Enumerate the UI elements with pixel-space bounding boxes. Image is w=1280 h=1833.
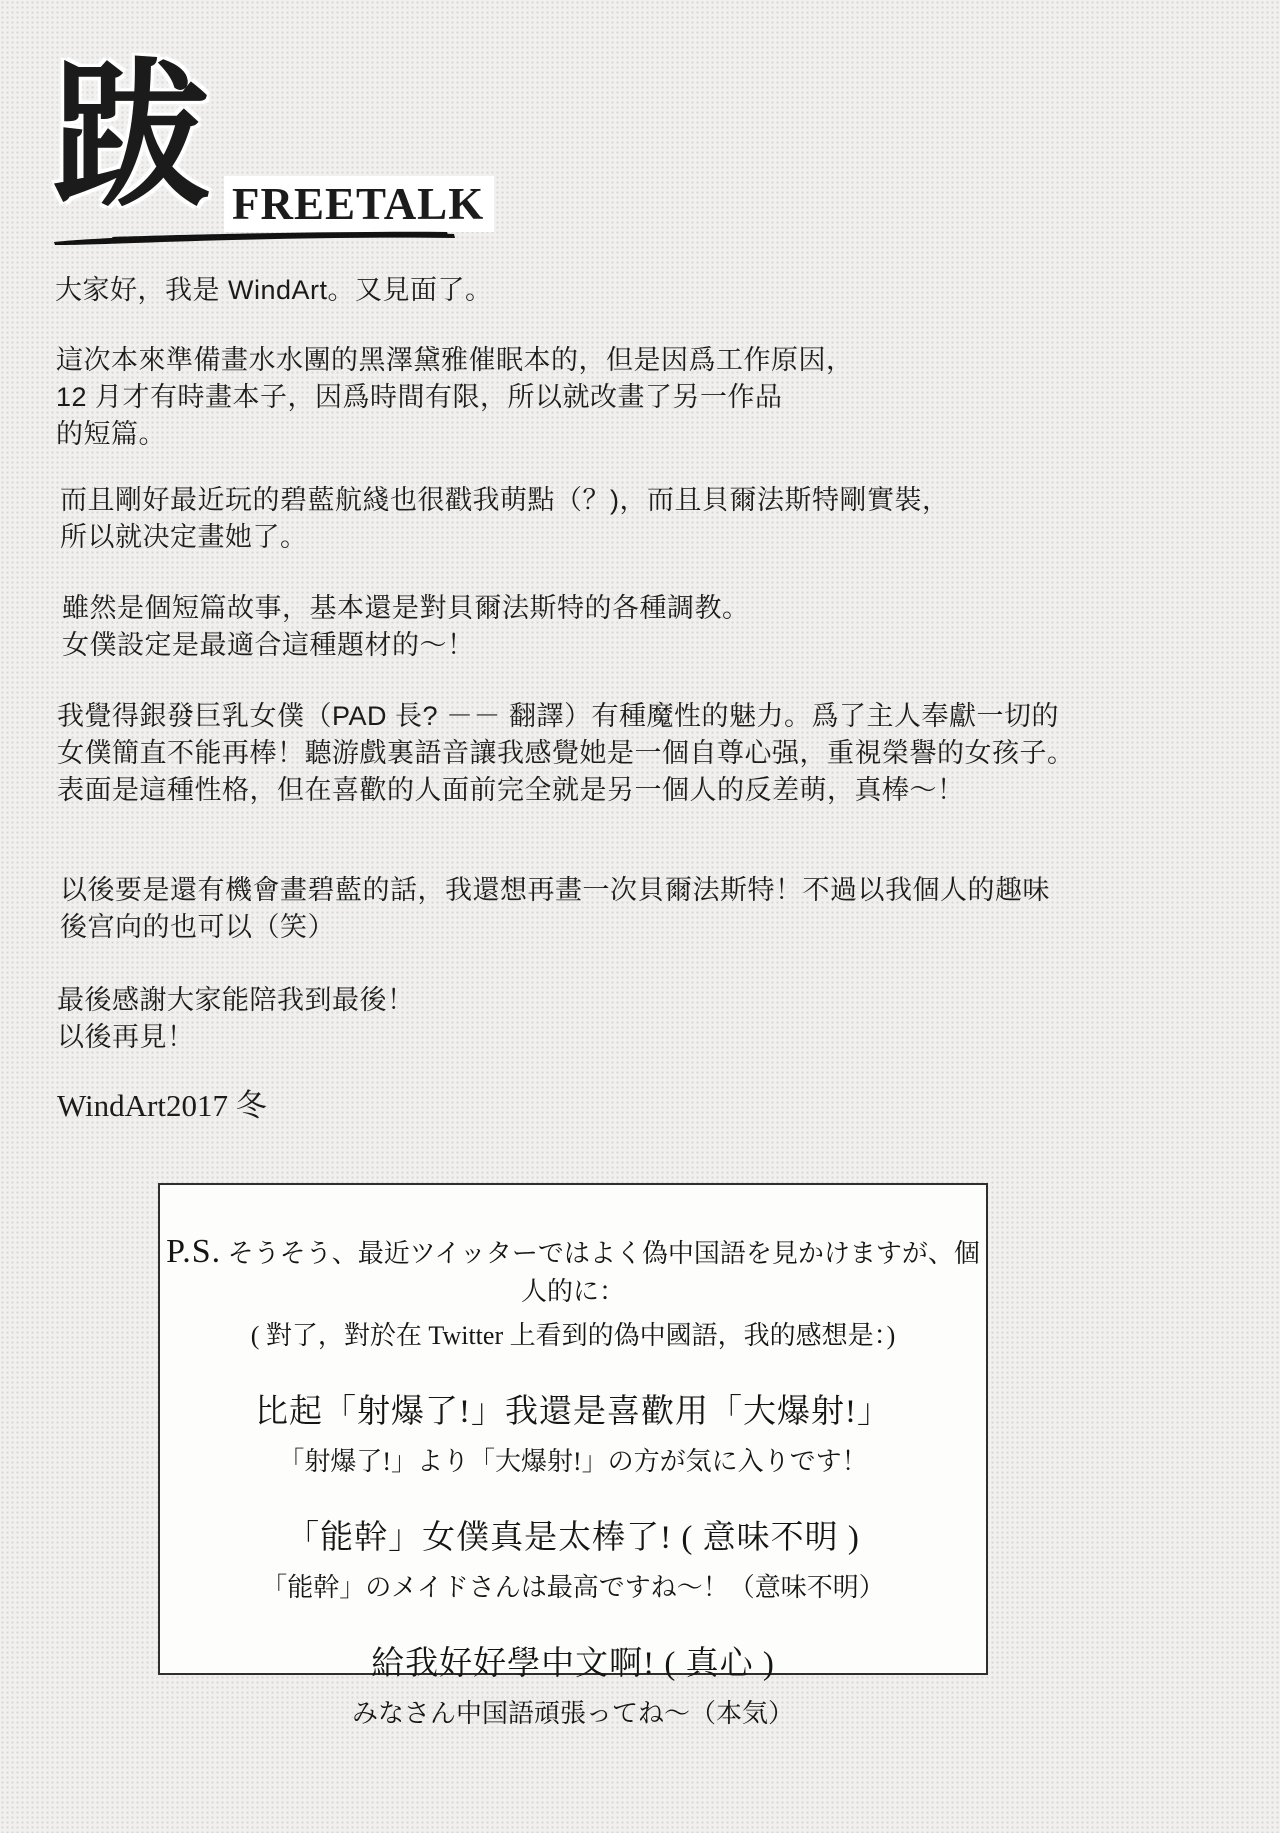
text-line: 而且剛好最近玩的碧藍航綫也很戳我萌點（？)，而且貝爾法斯特剛實裝， bbox=[60, 482, 950, 519]
ps-item-chinese: 給我好好學中文啊! ( 真心 ) bbox=[160, 1637, 986, 1684]
text-line: 這次本來準備畫水水團的黑澤黛雅催眠本的，但是因爲工作原因， bbox=[56, 342, 854, 379]
text-line: 所以就决定畫她了。 bbox=[60, 519, 950, 556]
paragraph-short-story: 雖然是個短篇故事，基本還是對貝爾法斯特的各種調教。 女僕設定是最適合這種題材的～… bbox=[62, 590, 750, 664]
afterword-kanji-title: 跋 bbox=[52, 58, 210, 216]
paragraph-thanks: 最後感謝大家能陪我到最後！ 以後再見！ bbox=[57, 982, 415, 1056]
brush-underline-decoration bbox=[52, 228, 457, 248]
text-line: 12 月才有時畫本子，因爲時間有限，所以就改畫了另一作品 bbox=[56, 379, 854, 416]
ps-item-japanese: みなさん中国語頑張ってね～（本気） bbox=[160, 1693, 986, 1730]
paragraph-future-plans: 以後要是還有機會畫碧藍的話，我還想再畫一次貝爾法斯特！不過以我個人的趣味 後宫向… bbox=[60, 872, 1050, 946]
text-line: 女僕設定是最適合這種題材的～！ bbox=[62, 627, 750, 664]
ps-item-chinese: 「能幹」女僕真是太棒了! ( 意味不明 ) bbox=[160, 1511, 986, 1558]
text-line: 最後感謝大家能陪我到最後！ bbox=[57, 982, 415, 1019]
ps-intro-jp-text: そうそう、最近ツイッターではよく偽中国語を見かけますが、個人的に： bbox=[228, 1239, 980, 1306]
ps-label: P.S. bbox=[166, 1233, 221, 1270]
text-line: 以後再見！ bbox=[57, 1019, 415, 1056]
ps-intro-chinese: ( 對了，對於在 Twitter 上看到的偽中國語，我的感想是：) bbox=[160, 1315, 986, 1352]
text-line: 後宫向的也可以（笑） bbox=[60, 909, 1050, 946]
text-line: 我覺得銀發巨乳女僕（PAD 長? －－ 翻譯）有種魔性的魅力。爲了主人奉獻一切的 bbox=[57, 698, 1075, 735]
text-line: 女僕簡直不能再棒！聽游戲裏語音讓我感覺她是一個自尊心强，重視榮譽的女孩子。 bbox=[57, 735, 1075, 772]
author-signature: WindArt2017 冬 bbox=[57, 1080, 267, 1125]
ps-item-japanese: 「能幹」のメイドさんは最高ですね～！（意味不明） bbox=[160, 1567, 986, 1604]
ps-item-chinese: 比起「射爆了!」我還是喜歡用「大爆射!」 bbox=[160, 1385, 986, 1432]
freetalk-title: FREETALK bbox=[224, 176, 494, 232]
ps-item-japanese: 「射爆了!」より「大爆射!」の方が気に入りです！ bbox=[160, 1441, 986, 1478]
text-line: 雖然是個短篇故事，基本還是對貝爾法斯特的各種調教。 bbox=[62, 590, 750, 627]
ps-note-box: P.S. そうそう、最近ツイッターではよく偽中国語を見かけますが、個人的に： (… bbox=[158, 1183, 988, 1675]
paragraph-azur-lane: 而且剛好最近玩的碧藍航綫也很戳我萌點（？)，而且貝爾法斯特剛實裝， 所以就决定畫… bbox=[60, 482, 950, 556]
ps-intro-japanese: P.S. そうそう、最近ツイッターではよく偽中国語を見かけますが、個人的に： bbox=[160, 1233, 986, 1308]
paragraph-greeting: 大家好，我是 WindArt。又見面了。 bbox=[55, 272, 493, 309]
text-line: 的短篇。 bbox=[56, 416, 854, 453]
afterword-page: 跋 FREETALK 大家好，我是 WindArt。又見面了。 這次本來準備畫水… bbox=[0, 0, 1280, 1833]
text-line: 大家好，我是 WindArt。又見面了。 bbox=[55, 272, 493, 309]
text-line: 以後要是還有機會畫碧藍的話，我還想再畫一次貝爾法斯特！不過以我個人的趣味 bbox=[60, 872, 1050, 909]
paragraph-maid-charm: 我覺得銀發巨乳女僕（PAD 長? －－ 翻譯）有種魔性的魅力。爲了主人奉獻一切的… bbox=[57, 698, 1075, 809]
paragraph-original-plan: 這次本來準備畫水水團的黑澤黛雅催眠本的，但是因爲工作原因， 12 月才有時畫本子… bbox=[56, 342, 854, 453]
text-line: 表面是這種性格，但在喜歡的人面前完全就是另一個人的反差萌，真棒～！ bbox=[57, 772, 1075, 809]
